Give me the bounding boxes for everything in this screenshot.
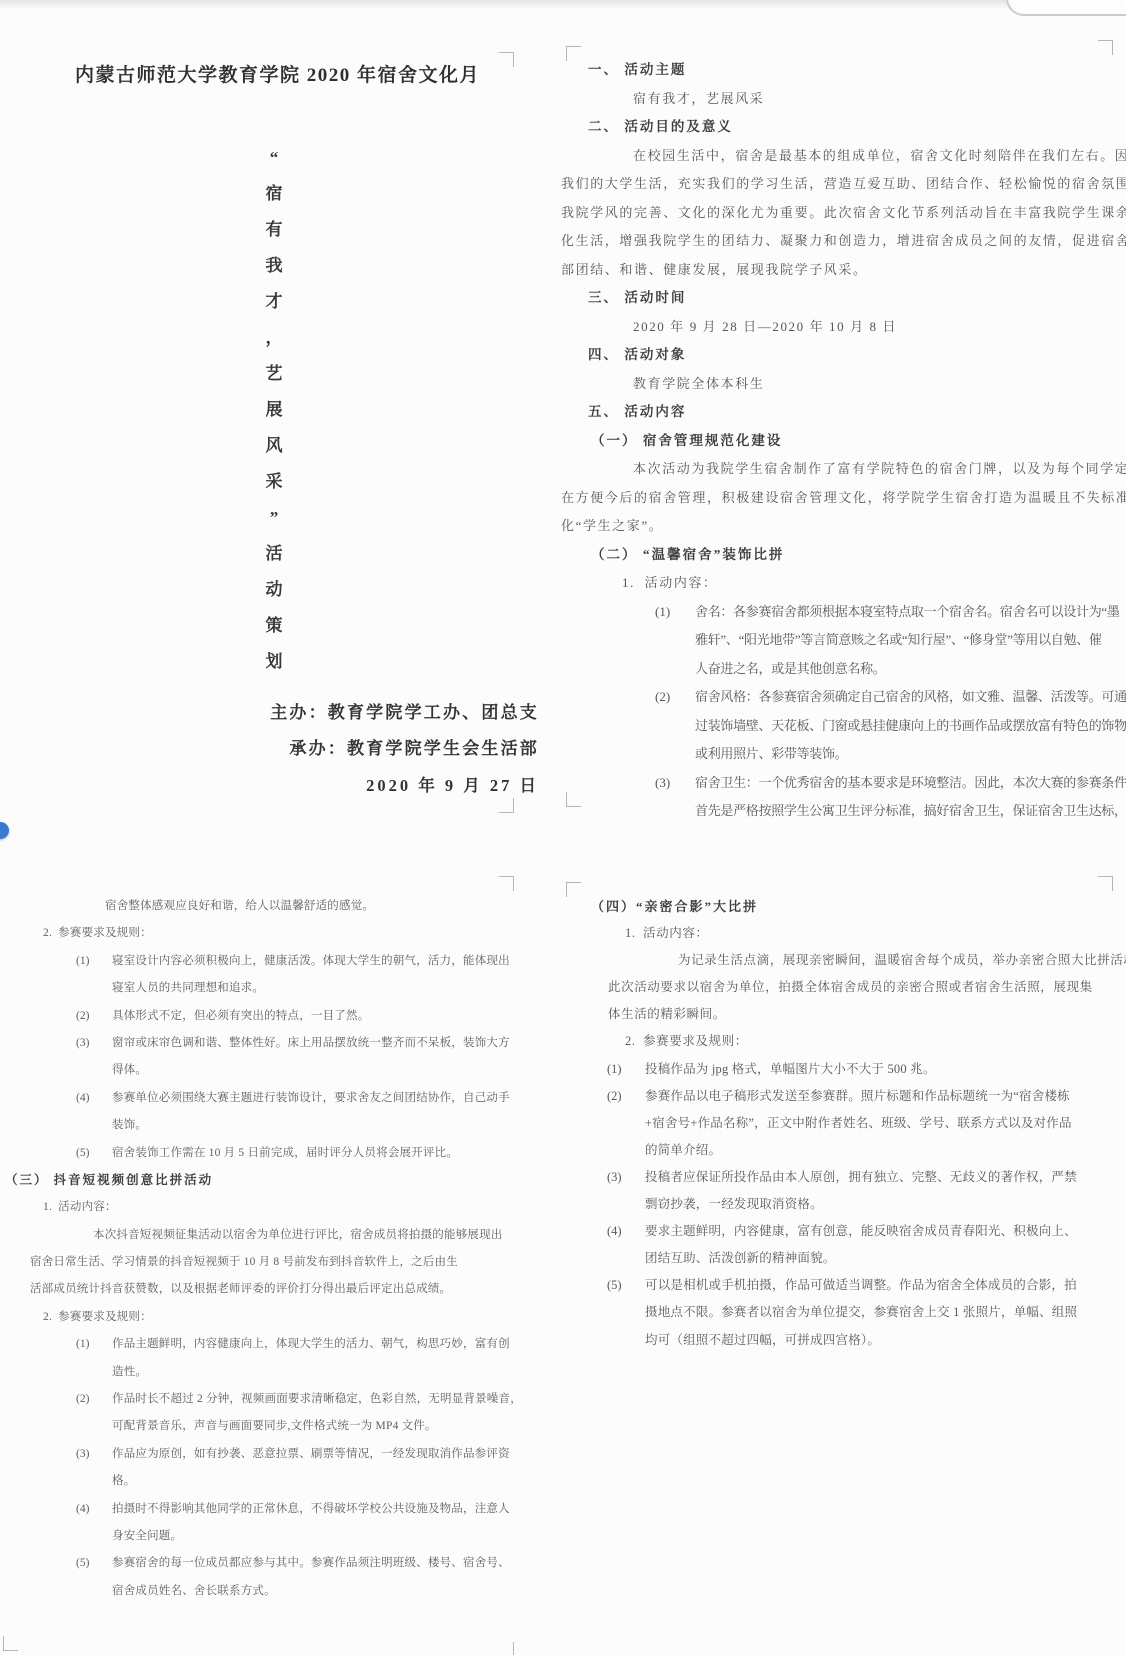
item-line: 舍名：各参赛宿舍都须根据本寝室特点取一个宿舍名。宿舍名可以设计为“墨 [695, 598, 1126, 627]
paragraph-line: 宿舍日常生活、学习情景的抖音短视频于 10 月 8 号前发布到抖音软件上，之后由… [0, 1249, 545, 1276]
subsection-heading: （一） 宿舍管理规范化建设 [557, 427, 1126, 456]
item-marker: (1) [607, 1056, 645, 1083]
item-marker: (2) [655, 683, 695, 712]
item-line: 宿舍卫生：一个优秀宿舍的基本要求是环境整洁。因此，本次大赛的参赛条件 [695, 769, 1126, 798]
item-marker: (3) [607, 1164, 645, 1191]
item-body: 参赛作品以电子稿形式发送至参赛群。照片标题和作品标题统一为“宿舍楼栋+宿舍号+作… [645, 1083, 1126, 1164]
item-body: 可以是相机或手机拍摄，作品可做适当调整。作品为宿舍全体成员的合影，拍摄地点不限。… [645, 1272, 1126, 1353]
list-heading: 1. 活动内容： [0, 1194, 545, 1221]
item-line: 得体。 [112, 1057, 545, 1084]
item-marker: (3) [76, 1441, 112, 1468]
list-item: (4)拍摄时不得影响其他同学的正常休息，不得破坏学校公共设施及物品，注意人身安全… [0, 1496, 545, 1551]
paragraph-line: 化生活，增强我院学生的团结力、凝聚力和创造力，增进宿舍成员之间的友情，促进宿舍内 [557, 227, 1126, 256]
item-line: 摄地点不限。参赛者以宿舍为单位提交，参赛宿舍上交 1 张照片，单幅、组照 [645, 1299, 1126, 1326]
vertical-char: 活 [244, 536, 304, 572]
item-marker: (3) [76, 1030, 112, 1057]
vertical-char: ， [244, 320, 304, 356]
item-line: 要求主题鲜明，内容健康，富有创意，能反映宿舍成员青春阳光、积极向上、 [645, 1218, 1126, 1245]
list-item: (3)作品应为原创，如有抄袭、恶意拉票、刷票等情况，一经发现取消作品参评资格。 [0, 1441, 545, 1496]
item-marker: (4) [607, 1218, 645, 1245]
vertical-char: 策 [244, 608, 304, 644]
paragraph-line: 我们的大学生活，充实我们的学习生活，营造互爱互助、团结合作、轻松愉悦的宿舍氛围对 [557, 170, 1126, 199]
item-line: 团结互助、活泼创新的精神面貌。 [645, 1245, 1126, 1272]
list-heading: 1. 活动内容： [557, 920, 1126, 947]
item-line: 作品时长不超过 2 分钟，视频画面要求清晰稳定，色彩自然，无明显背景噪音， [112, 1386, 545, 1413]
item-line: 寝室人员的共同理想和追求。 [112, 975, 545, 1002]
paragraph-line: 为记录生活点滴，展现亲密瞬间，温暖宿舍每个成员，举办亲密合照大比拼活动， [557, 947, 1126, 974]
subsection-heading: （二） “温馨宿舍”装饰比拼 [557, 541, 1126, 570]
list-item: (1)投稿作品为 jpg 格式，单幅图片大小不大于 500 兆。 [557, 1056, 1126, 1083]
doc-line: 教育学院全体本科生 [557, 370, 1126, 399]
item-line: +宿舍号+作品名称”，正文中附作者姓名、班级、学号、联系方式以及对作品 [645, 1110, 1126, 1137]
item-body: 宿舍风格：各参赛宿舍须确定自己宿舍的风格，如文雅、温馨、活泼等。可通过装饰墙壁、… [695, 683, 1126, 769]
item-line: 窗帘或床帘色调和谐、整体性好。床上用品摆放统一整齐而不呆板，装饰大方 [112, 1030, 545, 1057]
paragraph-line: 此次活动要求以宿舍为单位，拍摄全体宿舍成员的亲密合照或者宿舍生活照，展现集 [557, 974, 1126, 1001]
vertical-char: 才 [244, 284, 304, 320]
paragraph-line: 我院学风的完善、文化的深化尤为重要。此次宿舍文化节系列活动旨在丰富我院学生课余文 [557, 199, 1126, 228]
item-marker: (2) [76, 1003, 112, 1030]
section-heading: 四、 活动对象 [557, 341, 1126, 370]
item-line: 可以是相机或手机拍摄，作品可做适当调整。作品为宿舍全体成员的合影，拍 [645, 1272, 1126, 1299]
list-item: (2)宿舍风格：各参赛宿舍须确定自己宿舍的风格，如文雅、温馨、活泼等。可通过装饰… [557, 683, 1126, 769]
list-heading: 1. 活动内容： [557, 569, 1126, 598]
item-body: 舍名：各参赛宿舍都须根据本寝室特点取一个宿舍名。宿舍名可以设计为“墨雅轩”、“阳… [695, 598, 1126, 684]
item-line: 或利用照片、彩带等装饰。 [695, 740, 1126, 769]
list-item: (2)参赛作品以电子稿形式发送至参赛群。照片标题和作品标题统一为“宿舍楼栋+宿舍… [557, 1083, 1126, 1164]
item-line: 宿舍风格：各参赛宿舍须确定自己宿舍的风格，如文雅、温馨、活泼等。可通 [695, 683, 1126, 712]
item-line: 投稿作品为 jpg 格式，单幅图片大小不大于 500 兆。 [645, 1056, 1126, 1083]
item-line: 参赛宿舍的每一位成员都应参与其中。参赛作品须注明班级、楼号、宿舍号、 [112, 1550, 545, 1577]
item-marker: (2) [607, 1083, 645, 1110]
item-body: 参赛宿舍的每一位成员都应参与其中。参赛作品须注明班级、楼号、宿舍号、宿舍成员姓名… [112, 1550, 545, 1605]
page-1-cover: 内蒙古师范大学教育学院 2020 年宿舍文化月 “宿有我才，艺展风采”活动策划 … [30, 0, 545, 815]
item-body: 要求主题鲜明，内容健康，富有创意，能反映宿舍成员青春阳光、积极向上、团结互助、活… [645, 1218, 1126, 1272]
list-heading: 2. 参赛要求及规则： [0, 920, 545, 947]
paragraph-line: 本次活动为我院学生宿舍制作了富有学院特色的宿舍门牌，以及为每个同学定制了床贴，意 [557, 455, 1126, 484]
vertical-char: 有 [244, 212, 304, 248]
list-item: (1)舍名：各参赛宿舍都须根据本寝室特点取一个宿舍名。宿舍名可以设计为“墨雅轩”… [557, 598, 1126, 684]
item-body: 参赛单位必须围绕大赛主题进行装饰设计，要求舍友之间团结协作，自己动手装饰。 [112, 1085, 545, 1140]
item-line: 剽窃抄袭，一经发现取消资格。 [645, 1191, 1126, 1218]
paragraph-line: 化“学生之家”。 [557, 512, 1126, 541]
vertical-char: 我 [244, 248, 304, 284]
item-line: 宿舍装饰工作需在 10 月 5 日前完成，届时评分人员将会展开评比。 [112, 1140, 545, 1167]
paragraph-line: 在方便今后的宿舍管理，积极建设宿舍管理文化，将学院学生宿舍打造为温暖且不失标准的… [557, 484, 1126, 513]
item-marker: (5) [607, 1272, 645, 1299]
vertical-char: 展 [244, 392, 304, 428]
doc-line: 宿有我才，艺展风采 [557, 85, 1126, 114]
vertical-char: 风 [244, 428, 304, 464]
list-item: (2)作品时长不超过 2 分钟，视频画面要求清晰稳定，色彩自然，无明显背景噪音，… [0, 1386, 545, 1441]
host-line: 主办：教育学院学工办、团总支 [270, 698, 539, 723]
list-item: (2)具体形式不定，但必须有突出的特点，一目了然。 [0, 1003, 545, 1030]
page-3: 宿舍整体感观应良好和谐，给人以温馨舒适的感觉。2. 参赛要求及规则：(1)寝室设… [0, 845, 545, 1655]
item-body: 窗帘或床帘色调和谐、整体性好。床上用品摆放统一整齐而不呆板，装饰大方得体。 [112, 1030, 545, 1085]
item-line: 具体形式不定，但必须有突出的特点，一目了然。 [112, 1003, 545, 1030]
item-marker: (5) [76, 1550, 112, 1577]
page-2: 一、 活动主题宿有我才，艺展风采二、 活动目的及意义在校园生活中，宿舍是最基本的… [557, 0, 1126, 815]
item-body: 投稿作品为 jpg 格式，单幅图片大小不大于 500 兆。 [645, 1056, 1126, 1083]
item-line: 参赛单位必须围绕大赛主题进行装饰设计，要求舍友之间团结协作，自己动手 [112, 1085, 545, 1112]
item-line: 可配背景音乐，声音与画面要同步,文件格式统一为 MP4 文件。 [112, 1413, 545, 1440]
list-item: (3)投稿者应保证所投作品由本人原创，拥有独立、完整、无歧义的著作权，严禁剽窃抄… [557, 1164, 1126, 1218]
vertical-char: 艺 [244, 356, 304, 392]
paragraph-line: 体生活的精彩瞬间。 [557, 1001, 1126, 1028]
item-marker: (3) [655, 769, 695, 798]
doc-line: 宿舍整体感观应良好和谐，给人以温馨舒适的感觉。 [0, 893, 545, 920]
vertical-char: ” [244, 500, 304, 536]
item-marker: (4) [76, 1496, 112, 1523]
organizer-line: 承办：教育学院学生会生活部 [289, 734, 539, 759]
list-item: (5)宿舍装饰工作需在 10 月 5 日前完成，届时评分人员将会展开评比。 [0, 1140, 545, 1167]
item-marker: (1) [655, 598, 695, 627]
item-line: 拍摄时不得影响其他同学的正常休息，不得破坏学校公共设施及物品，注意人 [112, 1496, 545, 1523]
item-marker: (4) [76, 1085, 112, 1112]
list-item: (1)作品主题鲜明，内容健康向上，体现大学生的活力、朝气，构思巧妙，富有创造性。 [0, 1331, 545, 1386]
date-line: 2020 年 9 月 27 日 [366, 772, 539, 796]
item-line: 寝室设计内容必须积极向上，健康活泼。体现大学生的朝气，活力，能体现出 [112, 948, 545, 975]
list-heading: 2. 参赛要求及规则： [557, 1028, 1126, 1055]
list-item: (3)宿舍卫生：一个优秀宿舍的基本要求是环境整洁。因此，本次大赛的参赛条件首先是… [557, 769, 1126, 826]
item-line: 人奋进之名，或是其他创意名称。 [695, 655, 1126, 684]
item-body: 作品时长不超过 2 分钟，视频画面要求清晰稳定，色彩自然，无明显背景噪音，可配背… [112, 1386, 545, 1441]
item-body: 投稿者应保证所投作品由本人原创，拥有独立、完整、无歧义的著作权，严禁剽窃抄袭，一… [645, 1164, 1126, 1218]
list-item: (5)参赛宿舍的每一位成员都应参与其中。参赛作品须注明班级、楼号、宿舍号、宿舍成… [0, 1550, 545, 1605]
item-body: 具体形式不定，但必须有突出的特点，一目了然。 [112, 1003, 545, 1030]
paragraph-line: 本次抖音短视频征集活动以宿舍为单位进行评比，宿舍成员将拍摄的能够展现出 [0, 1222, 545, 1249]
item-marker: (1) [76, 1331, 112, 1358]
vertical-char: 宿 [244, 176, 304, 212]
page-4: （四）“亲密合影”大比拼1. 活动内容：为记录生活点滴，展现亲密瞬间，温暖宿舍每… [557, 845, 1126, 1655]
item-marker: (1) [76, 948, 112, 975]
section-heading: 二、 活动目的及意义 [557, 113, 1126, 142]
item-body: 宿舍装饰工作需在 10 月 5 日前完成，届时评分人员将会展开评比。 [112, 1140, 545, 1167]
item-line: 参赛作品以电子稿形式发送至参赛群。照片标题和作品标题统一为“宿舍楼栋 [645, 1083, 1126, 1110]
list-item: (4)要求主题鲜明，内容健康，富有创意，能反映宿舍成员青春阳光、积极向上、团结互… [557, 1218, 1126, 1272]
item-line: 身安全问题。 [112, 1523, 545, 1550]
section-heading: 一、 活动主题 [557, 56, 1126, 85]
item-line: 造性。 [112, 1359, 545, 1386]
item-marker: (2) [76, 1386, 112, 1413]
vertical-subtitle: “宿有我才，艺展风采”活动策划 [244, 140, 304, 680]
item-line: 格。 [112, 1468, 545, 1495]
paragraph-line: 部团结、和谐、健康发展，展现我院学子风采。 [557, 256, 1126, 285]
list-item: (3)窗帘或床帘色调和谐、整体性好。床上用品摆放统一整齐而不呆板，装饰大方得体。 [0, 1030, 545, 1085]
item-line: 雅轩”、“阳光地带”等言简意赅之名或“知行屋”、“修身堂”等用以自勉、催 [695, 626, 1126, 655]
list-heading: 2. 参赛要求及规则： [0, 1304, 545, 1331]
item-line: 装饰。 [112, 1112, 545, 1139]
vertical-char: 划 [244, 644, 304, 680]
item-line: 首先是严格按照学生公寓卫生评分标准，搞好宿舍卫生，保证宿舍卫生达标， [695, 797, 1126, 826]
item-marker: (5) [76, 1140, 112, 1167]
section-heading: 五、 活动内容 [557, 398, 1126, 427]
list-item: (1)寝室设计内容必须积极向上，健康活泼。体现大学生的朝气，活力，能体现出寝室人… [0, 948, 545, 1003]
item-body: 拍摄时不得影响其他同学的正常休息，不得破坏学校公共设施及物品，注意人身安全问题。 [112, 1496, 545, 1551]
item-line: 均可（组照不超过四幅，可拼成四宫格）。 [645, 1327, 1126, 1354]
item-line: 作品应为原创，如有抄袭、恶意拉票、刷票等情况，一经发现取消作品参评资 [112, 1441, 545, 1468]
section-heading: 三、 活动时间 [557, 284, 1126, 313]
paragraph-line: 活部成员统计抖音获赞数，以及根据老师评委的评价打分得出最后评定出总成绩。 [0, 1276, 545, 1303]
item-body: 宿舍卫生：一个优秀宿舍的基本要求是环境整洁。因此，本次大赛的参赛条件首先是严格按… [695, 769, 1126, 826]
doc-line: 2020 年 9 月 28 日—2020 年 10 月 8 日 [557, 313, 1126, 342]
item-line: 作品主题鲜明，内容健康向上，体现大学生的活力、朝气，构思巧妙，富有创 [112, 1331, 545, 1358]
vertical-char: 采 [244, 464, 304, 500]
item-line: 的简单介绍。 [645, 1137, 1126, 1164]
item-body: 作品应为原创，如有抄袭、恶意拉票、刷票等情况，一经发现取消作品参评资格。 [112, 1441, 545, 1496]
item-line: 宿舍成员姓名、舍长联系方式。 [112, 1578, 545, 1605]
item-line: 投稿者应保证所投作品由本人原创，拥有独立、完整、无歧义的著作权，严禁 [645, 1164, 1126, 1191]
vertical-char: “ [244, 140, 304, 176]
vertical-char: 动 [244, 572, 304, 608]
document-title: 内蒙古师范大学教育学院 2020 年宿舍文化月 [75, 60, 480, 87]
list-item: (5)可以是相机或手机拍摄，作品可做适当调整。作品为宿舍全体成员的合影，拍摄地点… [557, 1272, 1126, 1353]
item-line: 过装饰墙壁、天花板、门窗或悬挂健康向上的书画作品或摆放富有特色的饰物 [695, 712, 1126, 741]
subsection-heading: （四）“亲密合影”大比拼 [557, 893, 1126, 920]
floating-side-button[interactable] [0, 822, 9, 839]
item-body: 寝室设计内容必须积极向上，健康活泼。体现大学生的朝气，活力，能体现出寝室人员的共… [112, 948, 545, 1003]
paragraph-line: 在校园生活中，宿舍是最基本的组成单位，宿舍文化时刻陪伴在我们左右。因此，丰富 [557, 142, 1126, 171]
subsection-heading: （三） 抖音短视频创意比拼活动 [0, 1167, 545, 1194]
item-body: 作品主题鲜明，内容健康向上，体现大学生的活力、朝气，构思巧妙，富有创造性。 [112, 1331, 545, 1386]
list-item: (4)参赛单位必须围绕大赛主题进行装饰设计，要求舍友之间团结协作，自己动手装饰。 [0, 1085, 545, 1140]
